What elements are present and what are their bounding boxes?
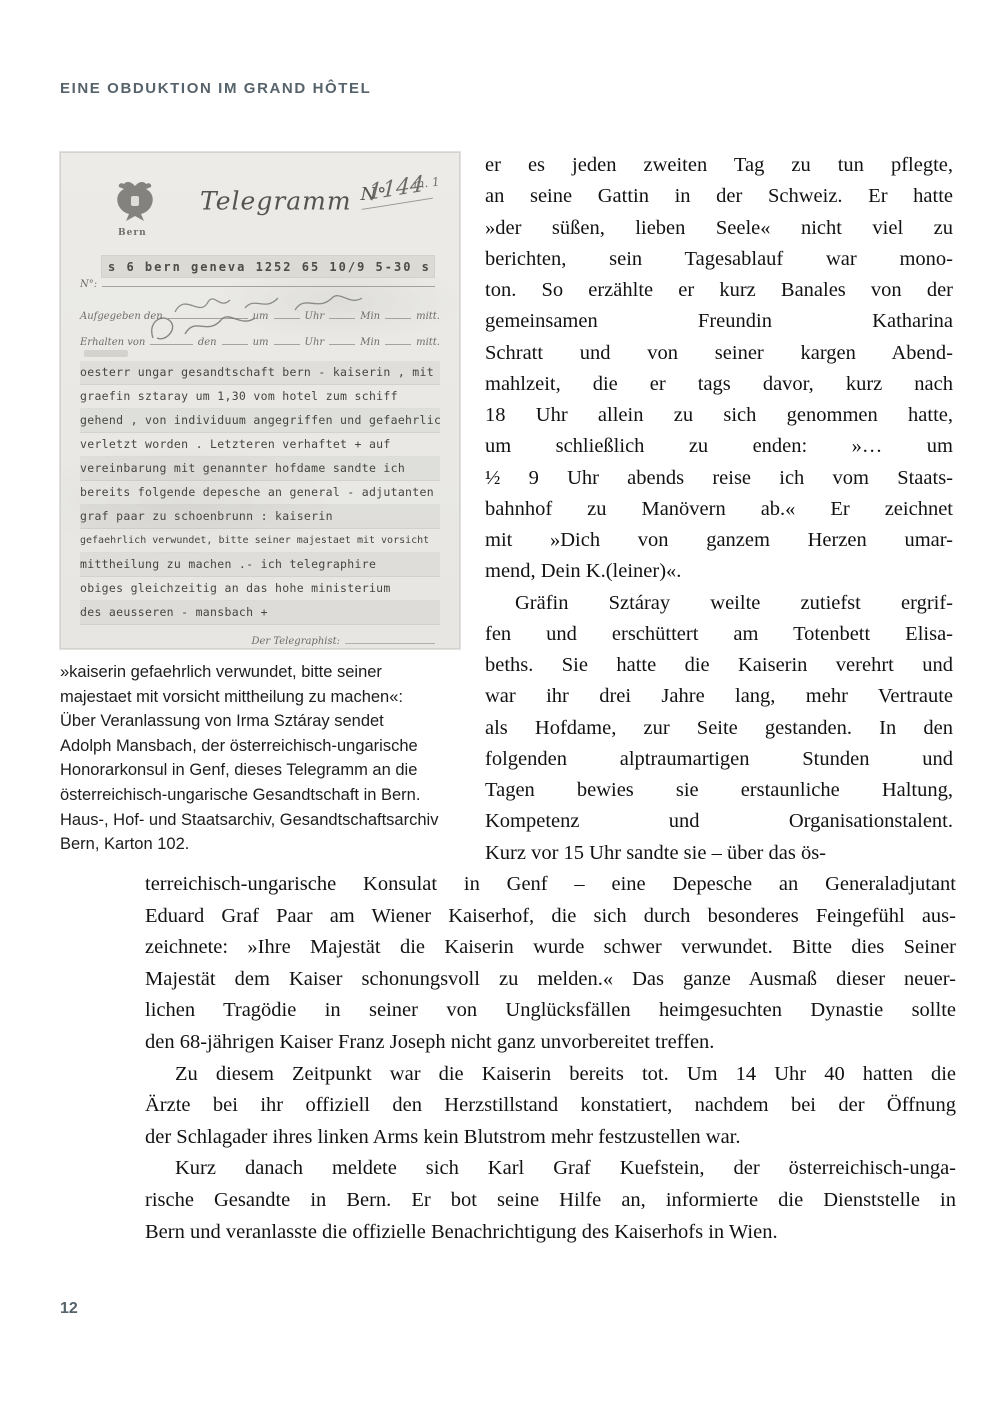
text-line: Schratt und von seiner kargen Abend- (485, 338, 953, 369)
text-line: Haus-, Hof- und Staatsarchiv, Gesandtsch… (60, 808, 472, 833)
no-label: N°: (80, 279, 97, 290)
text-line: berichten, sein Tagesablauf war mono- (485, 244, 953, 275)
blank-line (222, 343, 248, 345)
text-line: 18 Uhr allein zu sich genommen hatte, (485, 400, 953, 431)
text-line: Zu diesem Zeitpunkt war die Kaiserin ber… (145, 1059, 956, 1091)
running-header: EINE OBDUKTION IM GRAND HÔTEL (60, 80, 371, 97)
telegram-message-line: bereits folgende depesche an general - a… (80, 481, 440, 505)
telegram-message-line: gefaehrlich verwundet, bitte seiner maje… (80, 529, 440, 553)
text-line: Kurz danach meldete sich Karl Graf Kuefs… (145, 1153, 956, 1185)
telegram-header: Bern Telegramm N° 1144 m. 1 (80, 176, 440, 254)
text-line: mit »Dich von ganzem Herzen umar- (485, 525, 953, 556)
text-line: Bern und veranlasste die offizielle Bena… (145, 1217, 956, 1249)
forwarded-row: Weitertelegraphiert an den um Uhr Min mi… (80, 647, 440, 649)
blank-line (150, 343, 192, 345)
handwritten-corner-note: m. 1 (413, 175, 441, 192)
text-line: den 68-jährigen Kaiser Franz Joseph nich… (145, 1027, 956, 1059)
blank-line (345, 642, 435, 644)
body-full-width: terreichisch-ungarische Konsulat in Genf… (145, 869, 956, 1248)
text-line: Tagen bewies sie erstaunliche Haltung, (485, 775, 953, 806)
telegram-title: Telegramm N° (200, 184, 387, 215)
text-line: Ärzte bei ihr offiziell den Herzstillsta… (145, 1090, 956, 1122)
uhr-label: Uhr (305, 311, 325, 322)
handwriting-scrawl (170, 290, 370, 320)
blank-line (329, 317, 355, 319)
blank-line (385, 343, 411, 345)
telegram-message-line: vereinbarung mit genannter hofdame sandt… (80, 457, 440, 481)
blank-line (102, 285, 435, 287)
um-label: um (253, 311, 269, 322)
book-page: EINE OBDUKTION IM GRAND HÔTEL Bern Teleg… (0, 0, 1000, 1412)
telegram-message-line: mittheilung zu machen .- ich telegraphir… (80, 553, 440, 577)
text-line: als Hofdame, zur Seite gestanden. In den (485, 713, 953, 744)
telegram-message-line: des aeusseren - mansbach + (80, 601, 440, 625)
telegram-title-word: Telegramm (200, 186, 352, 215)
handed-in-row: Aufgegeben den um Uhr Min mitt. (80, 296, 440, 322)
double-eagle-crest-icon (114, 178, 156, 226)
text-line: Kurz vor 15 Uhr sandte sie – über das ös… (485, 838, 953, 869)
uhr-label: Uhr (305, 337, 325, 348)
min-label: Min (360, 337, 380, 348)
telegram-figure: Bern Telegramm N° 1144 m. 1 s 6 bern gen… (60, 152, 460, 649)
telegram-message: oesterr ungar gesandtschaft bern - kaise… (80, 361, 440, 625)
text-line: »kaiserin gefaehrlich verwundet, bitte s… (60, 660, 472, 685)
blank-line (329, 343, 355, 345)
text-line: »der süßen, lieben Seele« nicht viel zu (485, 213, 953, 244)
text-line: terreichisch-ungarische Konsulat in Genf… (145, 869, 956, 901)
den-label: den (198, 337, 217, 348)
um-label: um (253, 337, 269, 348)
text-line: folgenden alptraumartigen Stunden und (485, 744, 953, 775)
text-line: er es jeden zweiten Tag zu tun pflegte, (485, 150, 953, 181)
page-number: 12 (60, 1300, 78, 1318)
text-line: war ihr drei Jahre lang, mehr Vertraute (485, 681, 953, 712)
blank-line (168, 317, 248, 319)
text-line: ton. So erzählte er kurz Banales von der (485, 275, 953, 306)
figure-caption: »kaiserin gefaehrlich verwundet, bitte s… (60, 660, 472, 857)
text-line: majestaet mit vorsicht mittheilung zu ma… (60, 685, 472, 710)
blank-line (385, 317, 411, 319)
telegram-office-label: Bern (118, 228, 147, 238)
text-line: Bern, Karton 102. (60, 832, 472, 857)
text-line: ½ 9 Uhr abends reise ich vom Staats- (485, 463, 953, 494)
mitt-label: mitt. (416, 311, 440, 322)
text-line: Über Veranlassung von Irma Sztáray sende… (60, 709, 472, 734)
text-line: lichen Tragödie in seiner von Unglücksfä… (145, 995, 956, 1027)
text-line: beths. Sie hatte die Kaiserin verehrt un… (485, 650, 953, 681)
text-line: an seine Gattin in der Schweiz. Er hatte (485, 181, 953, 212)
telegraphist-label: Der Telegraphist: (251, 636, 340, 647)
text-line: Eduard Graf Paar am Wiener Kaiserhof, di… (145, 901, 956, 933)
handed-in-label: Aufgegeben den (80, 311, 163, 322)
telegram-message-line: oesterr ungar gesandtschaft bern - kaise… (80, 361, 440, 385)
routing-line: s 6 bern geneva 1252 65 10/9 5-30 s (102, 256, 434, 277)
text-line: Majestät dem Kaiser schonungsvoll zu mel… (145, 964, 956, 996)
text-line: gemeinsamen Freundin Katharina (485, 306, 953, 337)
illegible-form-label (84, 350, 128, 357)
blank-line (274, 343, 300, 345)
text-line: fen und erschüttert am Totenbett Elisa- (485, 619, 953, 650)
text-line: mahlzeit, die er tags davor, kurz nach (485, 369, 953, 400)
text-line: bahnhof zu Manövern ab.« Er zeichnet (485, 494, 953, 525)
text-line: österreichisch-ungarische Gesandtschaft … (60, 783, 472, 808)
blank-line (274, 317, 300, 319)
number-row: N°: (80, 279, 440, 290)
telegram-message-line: graf paar zu schoenbrunn : kaiserin (80, 505, 440, 529)
body-column: er es jeden zweiten Tag zu tun pflegte,a… (485, 150, 953, 869)
telegram-message-line: gehend , von individuum angegriffen und … (80, 409, 440, 433)
received-from-label: Erhalten von (80, 337, 145, 348)
text-line: um schließlich zu enden: »… um (485, 431, 953, 462)
text-line: Kompetenz und Organisationstalent. (485, 806, 953, 837)
mitt-label: mitt. (416, 337, 440, 348)
text-line: Gräfin Sztáray weilte zutiefst ergrif- (485, 588, 953, 619)
text-line: Adolph Mansbach, der österreichisch-unga… (60, 734, 472, 759)
telegram-message-line: graefin sztaray um 1,30 vom hotel zum sc… (80, 385, 440, 409)
text-line: zeichnete: »Ihre Majestät die Kaiserin w… (145, 932, 956, 964)
telegraphist-row: Der Telegraphist: (80, 625, 440, 647)
telegram-message-line: obiges gleichzeitig an das hohe minister… (80, 577, 440, 601)
text-line: rische Gesandte in Bern. Er bot seine Hi… (145, 1185, 956, 1217)
min-label: Min (360, 311, 380, 322)
text-line: mend, Dein K.(leiner)«. (485, 556, 953, 587)
telegram-message-line: verletzt worden . Letzteren verhaftet + … (80, 433, 440, 457)
text-line: Honorarkonsul in Genf, dieses Telegramm … (60, 758, 472, 783)
received-row: Erhalten von den um Uhr Min mitt. (80, 322, 440, 348)
text-line: der Schlagader ihres linken Arms kein Bl… (145, 1122, 956, 1154)
